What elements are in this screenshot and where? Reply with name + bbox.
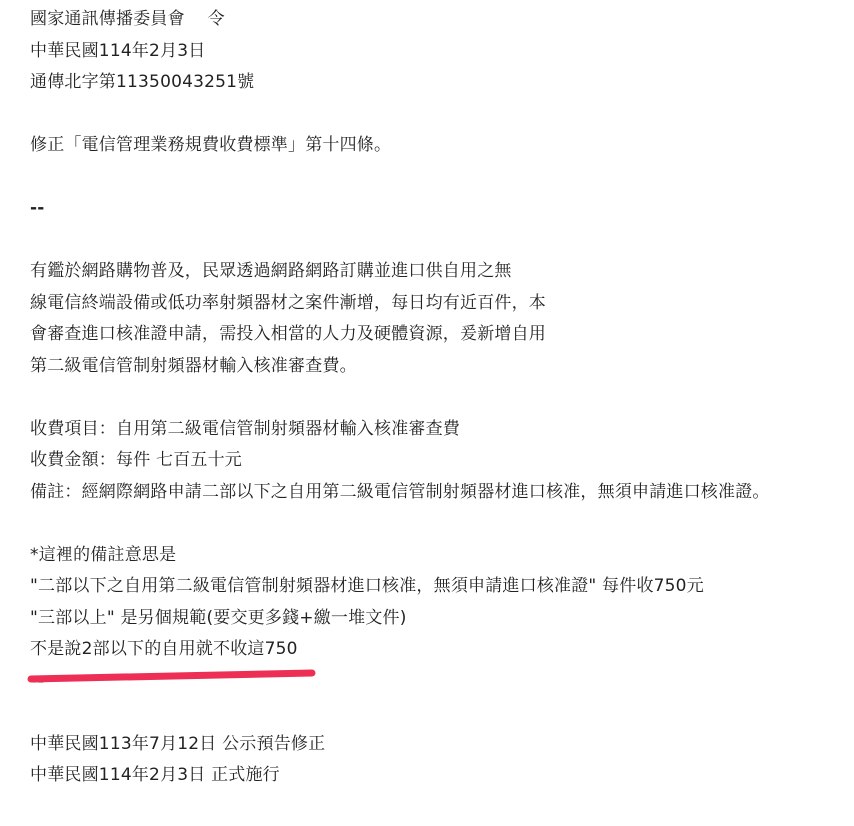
reason-line: 第二級電信管制射頻器材輸入核准審查費。 — [30, 351, 840, 383]
fee-item: 收費項目：自用第二級電信管制射頻器材輸入核准審查費 — [30, 414, 840, 446]
commentary-line: *這裡的備註意思是 — [30, 540, 840, 572]
separator: -- — [30, 193, 840, 225]
commentary-highlighted-line: 不是說2部以下的自用就不收這750 — [30, 634, 840, 666]
spacer — [30, 99, 840, 131]
issuer-line: 國家通訊傳播委員會 令 — [30, 4, 840, 36]
spacer — [30, 508, 840, 540]
timeline-line: 中華民國114年2月3日 正式施行 — [30, 760, 840, 792]
spacer — [30, 697, 840, 729]
reason-line: 線電信終端設備或低功率射頻器材之案件漸增，每日均有近百件，本 — [30, 288, 840, 320]
red-underline-annotation — [27, 669, 317, 683]
spacer — [30, 162, 840, 194]
document-number: 通傳北字第11350043251號 — [30, 67, 840, 99]
reason-line: 會審查進口核准證申請，需投入相當的人力及硬體資源，爰新增自用 — [30, 319, 840, 351]
subject-line: 修正「電信管理業務規費收費標準」第十四條。 — [30, 130, 840, 162]
commentary-line: "三部以上" 是另個規範(要交更多錢+繳一堆文件) — [30, 603, 840, 635]
commentary-line: "二部以下之自用第二級電信管制射頻器材進口核准，無須申請進口核准證" 每件收75… — [30, 571, 840, 603]
spacer — [30, 382, 840, 414]
timeline-line: 中華民國113年7月12日 公示預告修正 — [30, 729, 840, 761]
reason-line: 有鑑於網路購物普及，民眾透過網路網路訂購並進口供自用之無 — [30, 256, 840, 288]
spacer — [30, 225, 840, 257]
issue-date: 中華民國114年2月3日 — [30, 36, 840, 68]
fee-note: 備註：經網際網路申請二部以下之自用第二級電信管制射頻器材進口核准，無須申請進口核… — [30, 477, 840, 509]
fee-amount: 收費金額：每件 七百五十元 — [30, 445, 840, 477]
